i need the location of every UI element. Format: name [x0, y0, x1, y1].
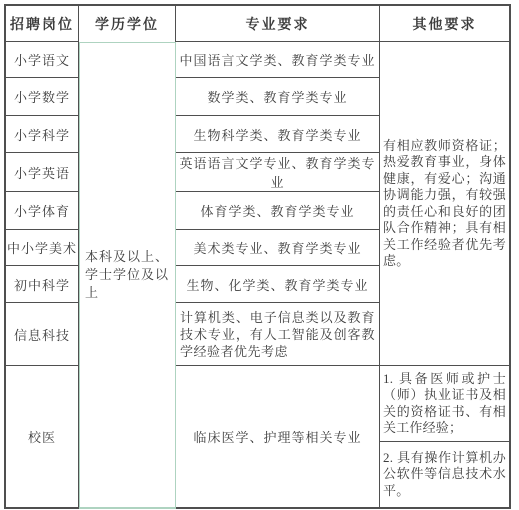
header-major: 专业要求: [176, 6, 380, 42]
major-cell: 计算机类、电子信息类以及教育技术专业，有人工智能及创客教学经验者优先考虑: [176, 303, 380, 366]
table-row: 小学语文 本科及以上、 学士学位及以上 中国语言文学类、教育学类专业 有相应教师…: [6, 42, 511, 78]
position-cell: 信息科技: [6, 303, 79, 366]
major-cell: 中国语言文学类、教育学类专业: [176, 42, 380, 78]
degree-requirement-cell: 本科及以上、 学士学位及以上: [79, 42, 176, 509]
recruitment-table: 招聘岗位 学历学位 专业要求 其他要求 小学语文 本科及以上、 学士学位及以上 …: [4, 4, 511, 509]
position-cell: 校医: [6, 366, 79, 509]
major-cell: 生物科学类、教育学类专业: [176, 116, 380, 153]
major-cell: 生物、化学类、教育学类专业: [176, 266, 380, 303]
header-other: 其他要求: [380, 6, 511, 42]
position-cell: 初中科学: [6, 266, 79, 303]
header-position: 招聘岗位: [6, 6, 79, 42]
major-cell: 英语语言文学专业、教育学类专业: [176, 153, 380, 192]
major-cell: 体育学类、教育学类专业: [176, 192, 380, 230]
major-cell: 临床医学、护理等相关专业: [176, 366, 380, 509]
header-row: 招聘岗位 学历学位 专业要求 其他要求: [6, 6, 511, 42]
other-requirements-teachers-cell: 有相应教师资格证；热爱教育事业，身体健康，有爱心；沟通协调能力强，有较强的责任心…: [380, 42, 511, 366]
page: 招聘岗位 学历学位 专业要求 其他要求 小学语文 本科及以上、 学士学位及以上 …: [0, 0, 519, 509]
other-requirements-doctor-cell-2: 2. 具有操作计算机办公软件等信息技术水平。: [380, 442, 511, 509]
position-cell: 小学体育: [6, 192, 79, 230]
position-cell: 小学数学: [6, 78, 79, 116]
major-cell: 美术类专业、教育学类专业: [176, 230, 380, 266]
position-cell: 中小学美术: [6, 230, 79, 266]
position-cell: 小学语文: [6, 42, 79, 78]
position-cell: 小学科学: [6, 116, 79, 153]
other-requirements-doctor-cell-1: 1. 具备医师或护士（师）执业证书及相关的资格证书、有相关工作经验；: [380, 366, 511, 442]
position-cell: 小学英语: [6, 153, 79, 192]
header-degree: 学历学位: [79, 6, 176, 42]
major-cell: 数学类、教育学类专业: [176, 78, 380, 116]
